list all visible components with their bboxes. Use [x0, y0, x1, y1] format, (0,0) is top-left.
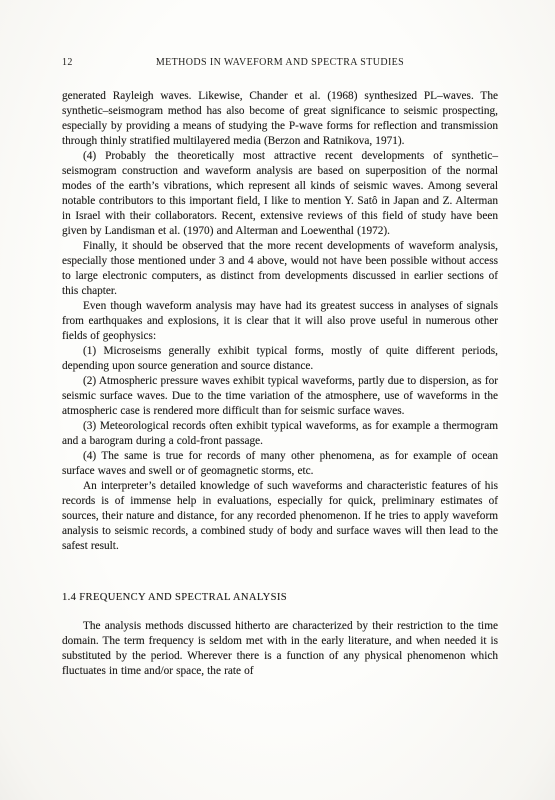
section-heading: 1.4 FREQUENCY AND SPECTRAL ANALYSIS: [62, 590, 498, 605]
paragraph-interpreter: An interpreter’s detailed knowledge of s…: [62, 479, 498, 554]
book-page: 12 METHODS IN WAVEFORM AND SPECTRA STUDI…: [0, 0, 555, 800]
page-body: generated Rayleigh waves. Likewise, Chan…: [62, 89, 498, 679]
page-number: 12: [62, 56, 73, 69]
page-header: 12 METHODS IN WAVEFORM AND SPECTRA STUDI…: [62, 56, 498, 69]
page-content: 12 METHODS IN WAVEFORM AND SPECTRA STUDI…: [62, 56, 498, 679]
paragraph-analysis-methods: The analysis methods discussed hitherto …: [62, 619, 498, 679]
paragraph-finally: Finally, it should be observed that the …: [62, 239, 498, 299]
running-head: METHODS IN WAVEFORM AND SPECTRA STUDIES: [62, 56, 498, 69]
paragraph-item-4-synthetic-seismogram: (4) Probably the theoretically most attr…: [62, 149, 498, 239]
paragraph-list-2-atmospheric: (2) Atmospheric pressure waves exhibit t…: [62, 374, 498, 419]
paragraph-list-4-other-phenomena: (4) The same is true for records of many…: [62, 449, 498, 479]
paragraph-list-1-microseisms: (1) Microseisms generally exhibit typica…: [62, 344, 498, 374]
paragraph-list-3-meteorological: (3) Meteorological records often exhibit…: [62, 419, 498, 449]
paragraph-continuation: generated Rayleigh waves. Likewise, Chan…: [62, 89, 498, 149]
paragraph-even-though: Even though waveform analysis may have h…: [62, 299, 498, 344]
